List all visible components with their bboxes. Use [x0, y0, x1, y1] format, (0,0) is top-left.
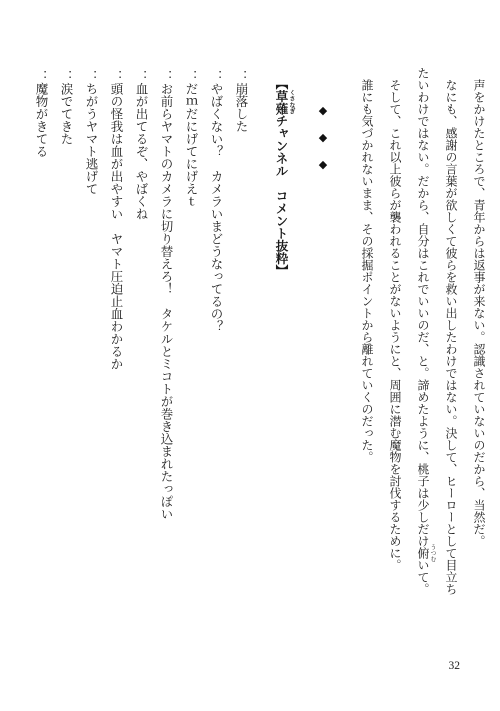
comment-line: ：血が出てるぞ、やばくね — [128, 70, 153, 700]
header-bracket-open: 【 — [274, 77, 288, 90]
narrative-line-text: いて。 — [416, 559, 430, 595]
book-page: 声をかけたところで、青年からは返事が来ない。認識されていないのだから、当然だ。 … — [0, 0, 500, 711]
narrative-line: たいわけではない。だから、自分はこれでいいのだ、と。諦めたように、桃子は少しだけ… — [409, 67, 437, 692]
narrative-line-text: なにも、感謝の言葉が欲しくて彼らを救い出したわけではない。決して、ヒーローとして… — [444, 79, 458, 595]
furigana-ruby: 俯うつむ — [416, 547, 430, 559]
comment-line: ：頭の怪我は血が出やすい ヤマト圧迫止血わかるか — [103, 70, 128, 700]
narrative-line-text: 誰にも気づかれないまま、その採掘ポイントから離れていくのだった。 — [360, 79, 374, 463]
diamond-icon: ◆ — [319, 106, 327, 117]
comment-list: ：崩落した ：やばくない？ カメラいまどうなってるの？ ：だｍだにげてにげえｔ … — [28, 70, 253, 700]
narrative-line: そして、これ以上彼らが襲われることがないようにと、周囲に潜む魔物を討伐するために… — [381, 67, 409, 692]
comment-line: ：ちがうヤマト逃げて — [78, 70, 103, 700]
narrative-line: なにも、感謝の言葉が欲しくて彼らを救い出したわけではない。決して、ヒーローとして… — [437, 67, 465, 692]
comment-line: ：魔物がきてる — [28, 70, 53, 700]
header-rest: チャンネル コメント抜粋】 — [274, 115, 288, 278]
narrative-line: 誰にも気づかれないまま、その採掘ポイントから離れていくのだった。 — [353, 67, 381, 692]
ruby-reading: くさなぎ — [288, 90, 294, 115]
section-header: 【草薙くさなぎチャンネル コメント抜粋】 — [267, 77, 295, 697]
page-number: 32 — [449, 660, 461, 672]
ruby-reading: うつむ — [429, 544, 435, 562]
scene-break-separator: ◆ ◆ ◆ — [309, 106, 337, 171]
narrative-line-text: 声をかけたところで、青年からは返事が来ない。認識されていないのだから、当然だ。 — [472, 79, 486, 547]
comment-line: ：やばくない？ カメラいまどうなってるの？ — [203, 70, 228, 700]
furigana-ruby: 草薙くさなぎ — [274, 90, 288, 115]
section-header-line: 【草薙くさなぎチャンネル コメント抜粋】 — [267, 77, 295, 697]
comment-line: ：だｍだにげてにげえｔ — [178, 70, 203, 700]
narrative-text: 声をかけたところで、青年からは返事が来ない。認識されていないのだから、当然だ。 … — [353, 67, 493, 692]
narrative-line-text: そして、これ以上彼らが襲われることがないようにと、周囲に潜む魔物を討伐するために… — [388, 79, 402, 571]
narrative-line-text: たいわけではない。だから、自分はこれでいいのだ、と。諦めたように、桃子は少しだけ — [416, 67, 430, 547]
comment-line: ：崩落した — [228, 70, 253, 700]
diamond-icon: ◆ — [319, 160, 327, 171]
narrative-line: 声をかけたところで、青年からは返事が来ない。認識されていないのだから、当然だ。 — [465, 67, 493, 692]
comment-line: ：お前らヤマトのカメラに切り替えろ！ タケルとミコトが巻き込まれたっぽい — [153, 70, 178, 700]
comment-line: ：涙でてきた — [53, 70, 78, 700]
ruby-base: 草薙 — [274, 90, 288, 115]
diamond-icon: ◆ — [319, 133, 327, 144]
